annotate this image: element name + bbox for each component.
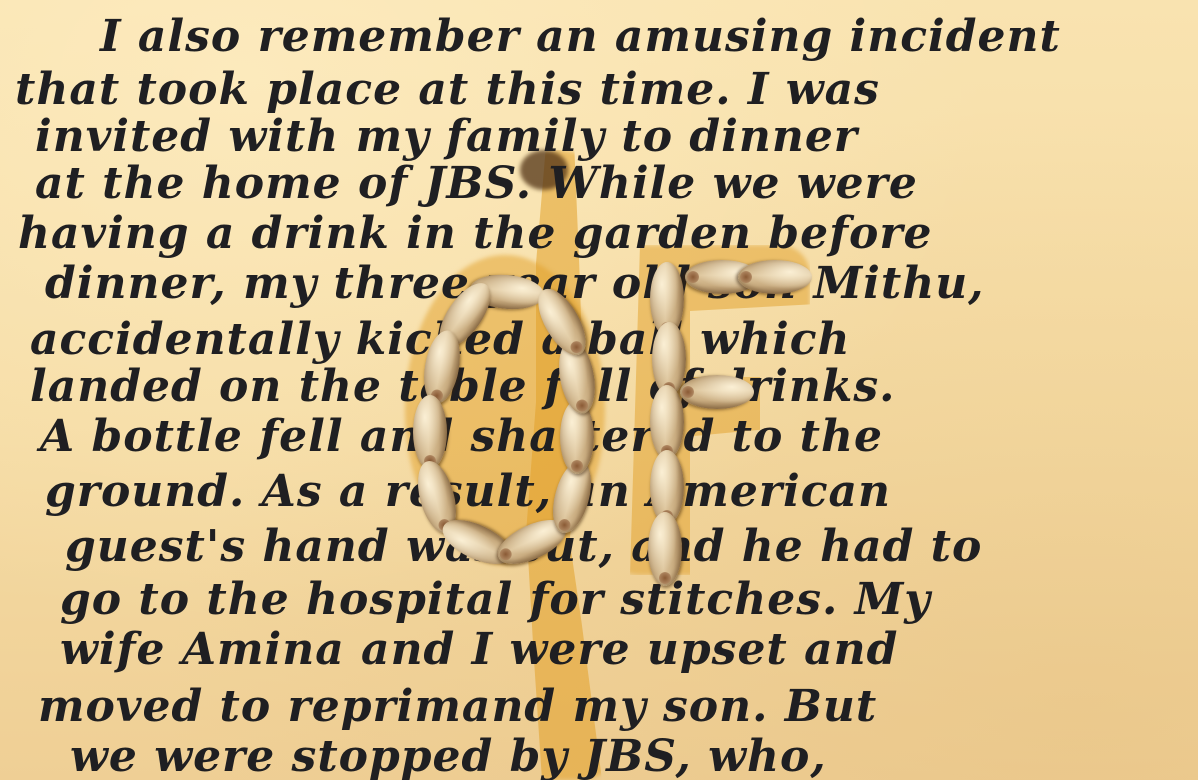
- manuscript-page: I also remember an amusing incident that…: [0, 0, 1198, 780]
- text-line-2: that took place at this time. I was: [15, 68, 880, 112]
- text-line-12: go to the hospital for stitches. My: [60, 578, 931, 622]
- text-line-3: invited with my family to dinner: [35, 115, 858, 159]
- text-line-9: A bottle fell and shattered to the: [40, 415, 883, 459]
- text-line-15: we were stopped by JBS, who,: [70, 735, 827, 779]
- text-line-10: ground. As a result, an American: [45, 470, 891, 514]
- text-line-5: having a drink in the garden before: [18, 212, 933, 256]
- text-line-6: dinner, my three year old son Mithu,: [45, 262, 985, 306]
- handwritten-text: I also remember an amusing incident that…: [0, 0, 1198, 780]
- text-line-7: accidentally kicked a ball which: [30, 318, 850, 362]
- text-line-14: moved to reprimand my son. But: [38, 685, 877, 729]
- text-line-8: landed on the table full of drinks.: [30, 365, 895, 409]
- text-line-1: I also remember an amusing incident: [100, 15, 1061, 59]
- text-line-11: guest's hand was cut, and he had to: [65, 525, 982, 569]
- text-line-13: wife Amina and I were upset and: [60, 628, 898, 672]
- text-line-4: at the home of JBS. While we were: [35, 162, 918, 206]
